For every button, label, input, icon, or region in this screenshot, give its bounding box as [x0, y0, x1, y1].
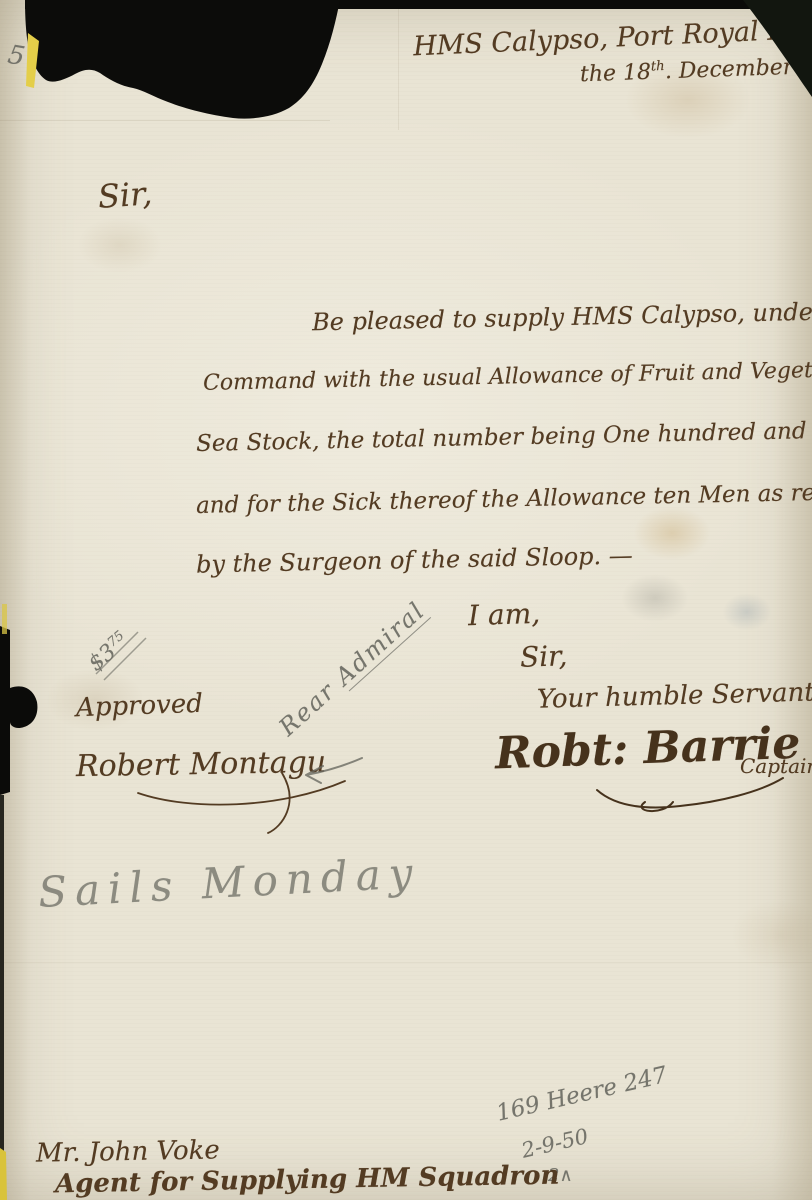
salutation: Sir, — [97, 176, 153, 215]
paper-crease — [0, 120, 330, 121]
addressee-name: Mr. John Voke — [36, 1136, 220, 1168]
document-scan: 5 HMS Calypso, Port Royal Harbour, the 1… — [0, 0, 812, 1200]
approver-signature: Robert Montagu — [76, 746, 327, 783]
dateline-day-ordinal: th — [651, 59, 665, 74]
dateline-day: the 18 — [580, 60, 652, 87]
approval-note: Approved — [76, 690, 204, 723]
paper-crease — [0, 962, 812, 963]
paper-crease — [398, 0, 399, 130]
closing-i-am: I am, — [467, 599, 540, 632]
closing-sir: Sir, — [519, 641, 567, 673]
signature-rank: Captain — [740, 755, 812, 777]
